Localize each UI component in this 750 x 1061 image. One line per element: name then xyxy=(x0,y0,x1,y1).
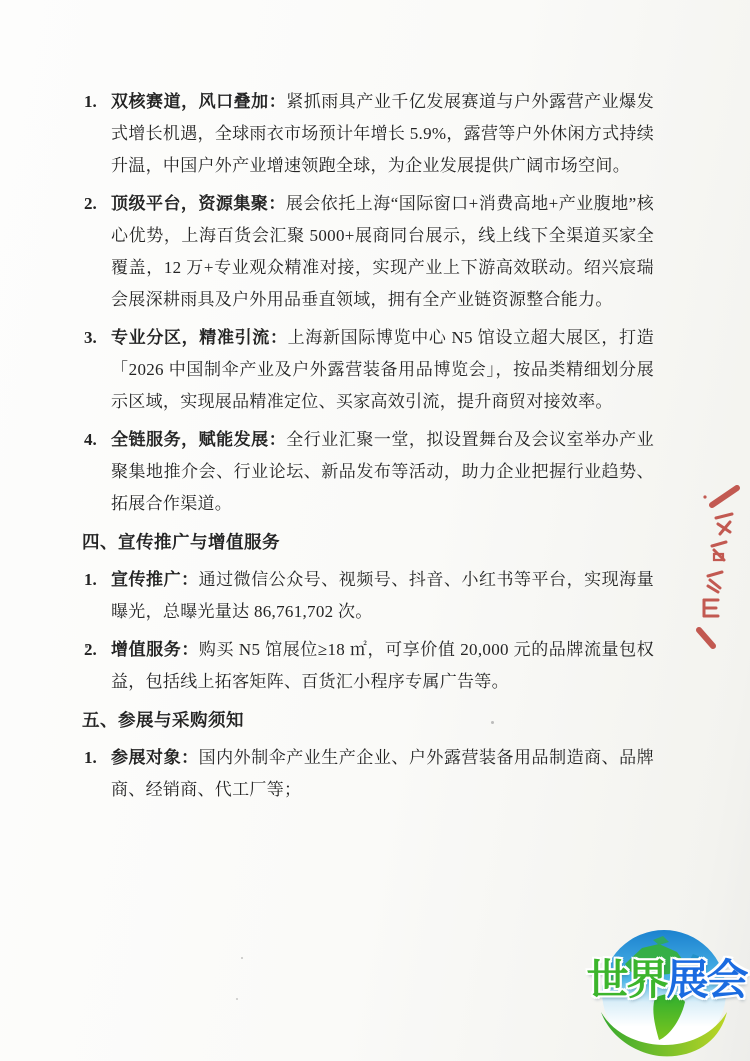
red-seal-strokes xyxy=(696,484,750,649)
red-stamp-fragment xyxy=(696,484,750,649)
scanned-document-page: { "doc": { "list1": [ { "num": "1.", "le… xyxy=(0,0,750,1061)
list-item: 2. 顶级平台，资源集聚：展会依托上海“国际窗口+消费高地+产业腹地”核心优势，… xyxy=(84,188,654,316)
document-body: 1. 双核赛道，风口叠加：紧抓雨具产业千亿发展赛道与户外露营产业爆发式增长机遇，… xyxy=(84,86,654,812)
list-item: 1. 宣传推广：通过微信公众号、视频号、抖音、小红书等平台，实现海量曝光，总曝光… xyxy=(84,564,654,628)
item-text: 专业分区，精准引流：上海新国际博览中心 N5 馆设立超大展区，打造「2026 中… xyxy=(111,322,654,418)
list-item: 3. 专业分区，精准引流：上海新国际博览中心 N5 馆设立超大展区，打造「202… xyxy=(84,322,654,418)
scan-artifact-dot xyxy=(85,645,88,648)
list-item: 1. 双核赛道，风口叠加：紧抓雨具产业千亿发展赛道与户外露营产业爆发式增长机遇，… xyxy=(84,86,654,182)
logo-text-blue: 展会 xyxy=(667,956,747,1003)
watermark-logo: 世界展会 xyxy=(583,928,750,1061)
item-number: 3. xyxy=(84,322,111,418)
item-lead: 增值服务： xyxy=(111,640,199,659)
item-text: 参展对象：国内外制伞产业生产企业、户外露营装备用品制造商、品牌商、经销商、代工厂… xyxy=(111,742,654,806)
item-text: 顶级平台，资源集聚：展会依托上海“国际窗口+消费高地+产业腹地”核心优势，上海百… xyxy=(111,188,654,316)
item-text: 全链服务，赋能发展：全行业汇聚一堂，拟设置舞台及会议室举办产业聚集地推介会、行业… xyxy=(111,424,654,520)
scan-artifact-dot xyxy=(236,998,238,1000)
item-text: 双核赛道，风口叠加：紧抓雨具产业千亿发展赛道与户外露营产业爆发式增长机遇，全球雨… xyxy=(111,86,654,182)
section-heading: 四、宣传推广与增值服务 xyxy=(82,526,654,558)
item-text: 宣传推广：通过微信公众号、视频号、抖音、小红书等平台，实现海量曝光，总曝光量达 … xyxy=(111,564,654,628)
section-heading: 五、参展与采购须知 xyxy=(82,704,654,736)
item-number: 4. xyxy=(84,424,111,520)
item-lead: 宣传推广： xyxy=(111,570,199,589)
item-number: 1. xyxy=(84,86,111,182)
list-item: 1. 参展对象：国内外制伞产业生产企业、户外露营装备用品制造商、品牌商、经销商、… xyxy=(84,742,654,806)
item-lead: 双核赛道，风口叠加： xyxy=(111,92,286,111)
list-item: 4. 全链服务，赋能发展：全行业汇聚一堂，拟设置舞台及会议室举办产业聚集地推介会… xyxy=(84,424,654,520)
scan-artifact-dot xyxy=(241,957,243,959)
item-lead: 全链服务，赋能发展： xyxy=(111,430,286,449)
item-lead: 顶级平台，资源集聚： xyxy=(111,194,286,213)
item-lead: 专业分区，精准引流： xyxy=(111,328,288,347)
item-number: 1. xyxy=(84,564,111,628)
list-item: 2. 增值服务：购买 N5 馆展位≥18 ㎡，可享价值 20,000 元的品牌流… xyxy=(84,634,654,698)
item-number: 2. xyxy=(84,634,111,698)
item-number: 1. xyxy=(84,742,111,806)
scan-artifact-dot xyxy=(491,721,494,724)
item-number: 2. xyxy=(84,188,111,316)
item-text: 增值服务：购买 N5 馆展位≥18 ㎡，可享价值 20,000 元的品牌流量包权… xyxy=(111,634,654,698)
logo-text-green: 世界 xyxy=(586,956,666,1003)
item-lead: 参展对象： xyxy=(111,748,199,767)
logo-text: 世界展会 xyxy=(583,959,750,1001)
